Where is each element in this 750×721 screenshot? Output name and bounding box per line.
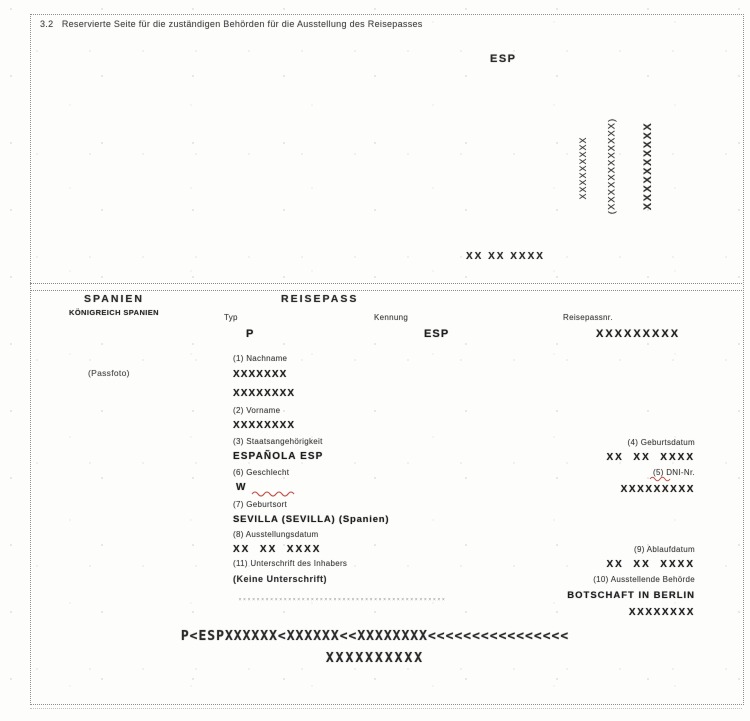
mrz-line-1: P<ESPXXXXXX<XXXXXX<<XXXXXXXX<<<<<<<<<<<<… xyxy=(75,629,675,644)
field-value-behoerde-1: BOTSCHAFT IN BERLIN xyxy=(488,590,695,601)
red-annotation-scribble xyxy=(250,489,300,498)
page-fold-separator xyxy=(30,283,742,291)
stamp-date: XX XX XXXX xyxy=(466,251,545,262)
country-code-stamp: ESP xyxy=(490,53,517,65)
photo-placeholder: (Passfoto) xyxy=(88,368,130,378)
code-value: ESP xyxy=(424,328,449,340)
scan-edge-noise xyxy=(30,708,742,709)
field-value-geschlecht: W xyxy=(236,482,247,493)
field-label-staatsangehoerigkeit: (3) Staatsangehörigkeit xyxy=(233,437,323,446)
fine-print: ××××××××××××××××××××××××××××××××××××××××… xyxy=(225,597,460,603)
field-label-unterschrift: (11) Unterschrift des Inhabers xyxy=(233,559,347,568)
field-value-staatsangehoerigkeit: ESPAÑOLA ESP xyxy=(233,451,323,462)
issuing-country-block: SPANIEN KÖNIGREICH SPANIEN xyxy=(38,293,190,317)
passport-number-label: Reisepassnr. xyxy=(563,313,613,322)
vertical-placeholder-2: (XXXXXXXXXXXX) xyxy=(607,118,618,214)
field-label-geschlecht: (6) Geschlecht xyxy=(233,468,289,477)
field-value-vorname: XXXXXXXX xyxy=(233,420,295,431)
red-annotation-scribble-dni xyxy=(648,475,672,483)
type-label: Typ xyxy=(224,313,238,322)
passport-specimen-scan: 3.2 Reservierte Seite für die zuständige… xyxy=(0,0,750,721)
field-label-ausstellungsdatum: (8) Ausstellungsdatum xyxy=(233,530,318,539)
field-value-ausstellungsdatum: XX XX XXXX xyxy=(233,544,321,555)
field-label-geburtsdatum: (4) Geburtsdatum xyxy=(488,438,695,447)
type-value: P xyxy=(246,328,254,340)
field-value-behoerde-2: XXXXXXXX xyxy=(488,607,695,618)
vertical-placeholder-1: XXXXXXXXX xyxy=(578,136,588,199)
passport-number-value: XXXXXXXXX xyxy=(596,328,680,340)
section-heading: 3.2 Reservierte Seite für die zuständige… xyxy=(40,19,423,29)
mrz-line-2: XXXXXXXXXX xyxy=(75,651,675,666)
field-label-behoerde: (10) Ausstellende Behörde xyxy=(488,575,695,584)
field-value-dni: XXXXXXXXX xyxy=(488,484,695,495)
field-label-vorname: (2) Vorname xyxy=(233,406,280,415)
field-label-geburtsort: (7) Geburtsort xyxy=(233,500,287,509)
field-value-nachname-1: XXXXXXX xyxy=(233,369,287,380)
field-value-unterschrift: (Keine Unterschrift) xyxy=(233,574,327,584)
document-title: REISEPASS xyxy=(281,293,358,305)
field-value-ablaufdatum: XX XX XXXX xyxy=(488,559,695,570)
field-label-nachname: (1) Nachname xyxy=(233,354,287,363)
field-value-nachname-2: XXXXXXXX xyxy=(233,388,295,399)
field-value-geburtsort: SEVILLA (SEVILLA) (Spanien) xyxy=(233,514,389,525)
field-value-geburtsdatum: XX XX XXXX xyxy=(488,452,695,463)
country-kingdom: KÖNIGREICH SPANIEN xyxy=(38,308,190,317)
code-label: Kennung xyxy=(374,313,408,322)
field-label-ablaufdatum: (9) Ablaufdatum xyxy=(488,545,695,554)
vertical-placeholder-3: XXXXXXXXXX xyxy=(642,122,654,210)
country-name: SPANIEN xyxy=(38,293,190,305)
